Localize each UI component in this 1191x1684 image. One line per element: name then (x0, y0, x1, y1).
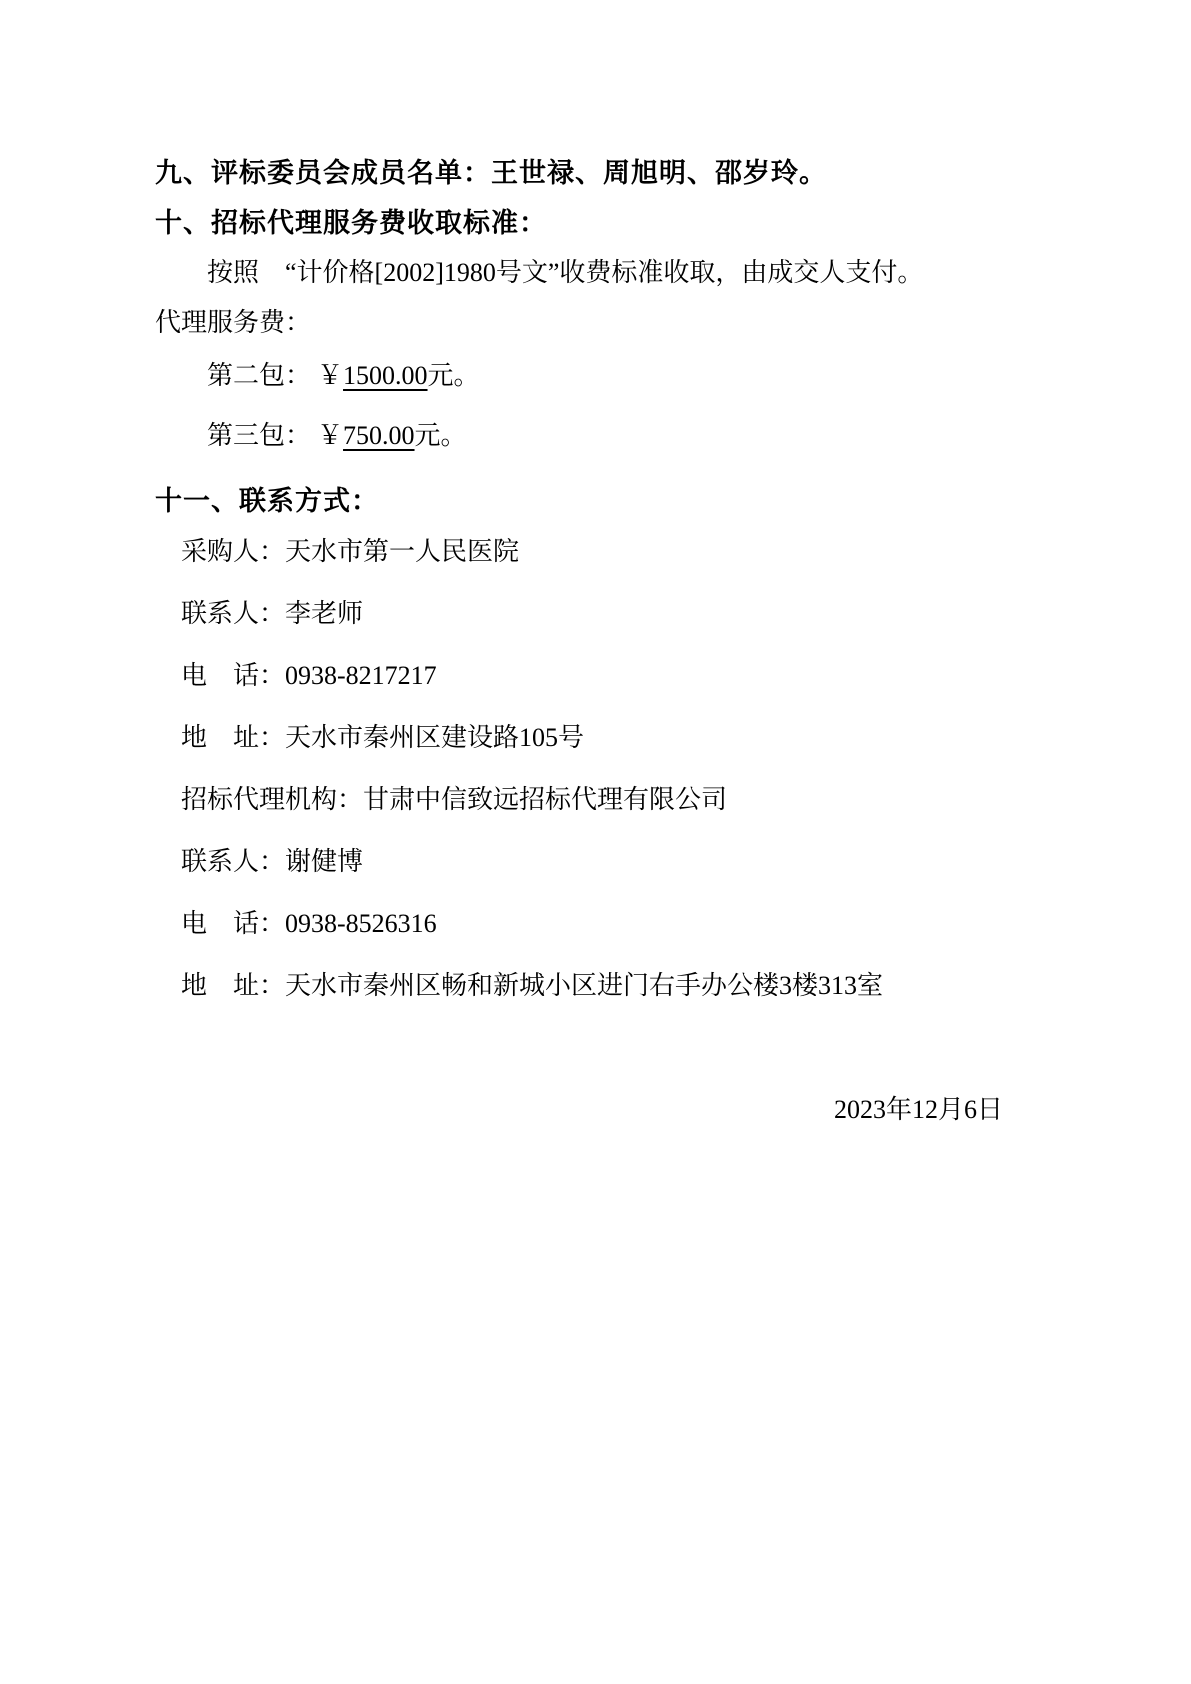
package-2-amount: 1500.00 (343, 361, 428, 390)
package-3-amount: 750.00 (343, 421, 415, 450)
address-line: 地 址：天水市秦州区建设路105号 (181, 720, 584, 756)
agency-contact-line: 联系人：谢健博 (181, 844, 363, 880)
section-10-heading: 十、招标代理服务费收取标准： (155, 205, 547, 241)
purchaser-line: 采购人：天水市第一人民医院 (181, 534, 519, 570)
package-3-label: 第三包： (207, 421, 311, 450)
phone-line: 电 话：0938-8217217 (181, 658, 437, 694)
date-line: 2023年12月6日 (155, 1092, 1036, 1128)
package-3-fee: 第三包：￥750.00元。 (207, 418, 467, 454)
section-11-heading: 十一、联系方式： (155, 483, 379, 519)
package-3-suffix: 元。 (415, 421, 467, 450)
agency-address-line: 地 址：天水市秦州区畅和新城小区进门右手办公楼3楼313室 (181, 968, 883, 1004)
document-page: 九、评标委员会成员名单：王世禄、周旭明、邵岁玲。 十、招标代理服务费收取标准： … (0, 0, 1191, 1684)
contact-person-line: 联系人：李老师 (181, 596, 363, 632)
package-2-suffix: 元。 (428, 361, 480, 390)
yen-symbol: ￥ (317, 421, 343, 450)
fee-standard-text: 按照 “计价格[2002]1980号文”收费标准收取，由成交人支付。 (207, 255, 923, 291)
agency-fee-label: 代理服务费： (155, 305, 311, 341)
agency-phone-line: 电 话：0938-8526316 (181, 906, 437, 942)
package-2-label: 第二包： (207, 361, 311, 390)
agency-line: 招标代理机构：甘肃中信致远招标代理有限公司 (181, 782, 727, 818)
section-9-heading: 九、评标委员会成员名单：王世禄、周旭明、邵岁玲。 (155, 155, 827, 191)
yen-symbol: ￥ (317, 361, 343, 390)
package-2-fee: 第二包：￥1500.00元。 (207, 358, 480, 394)
